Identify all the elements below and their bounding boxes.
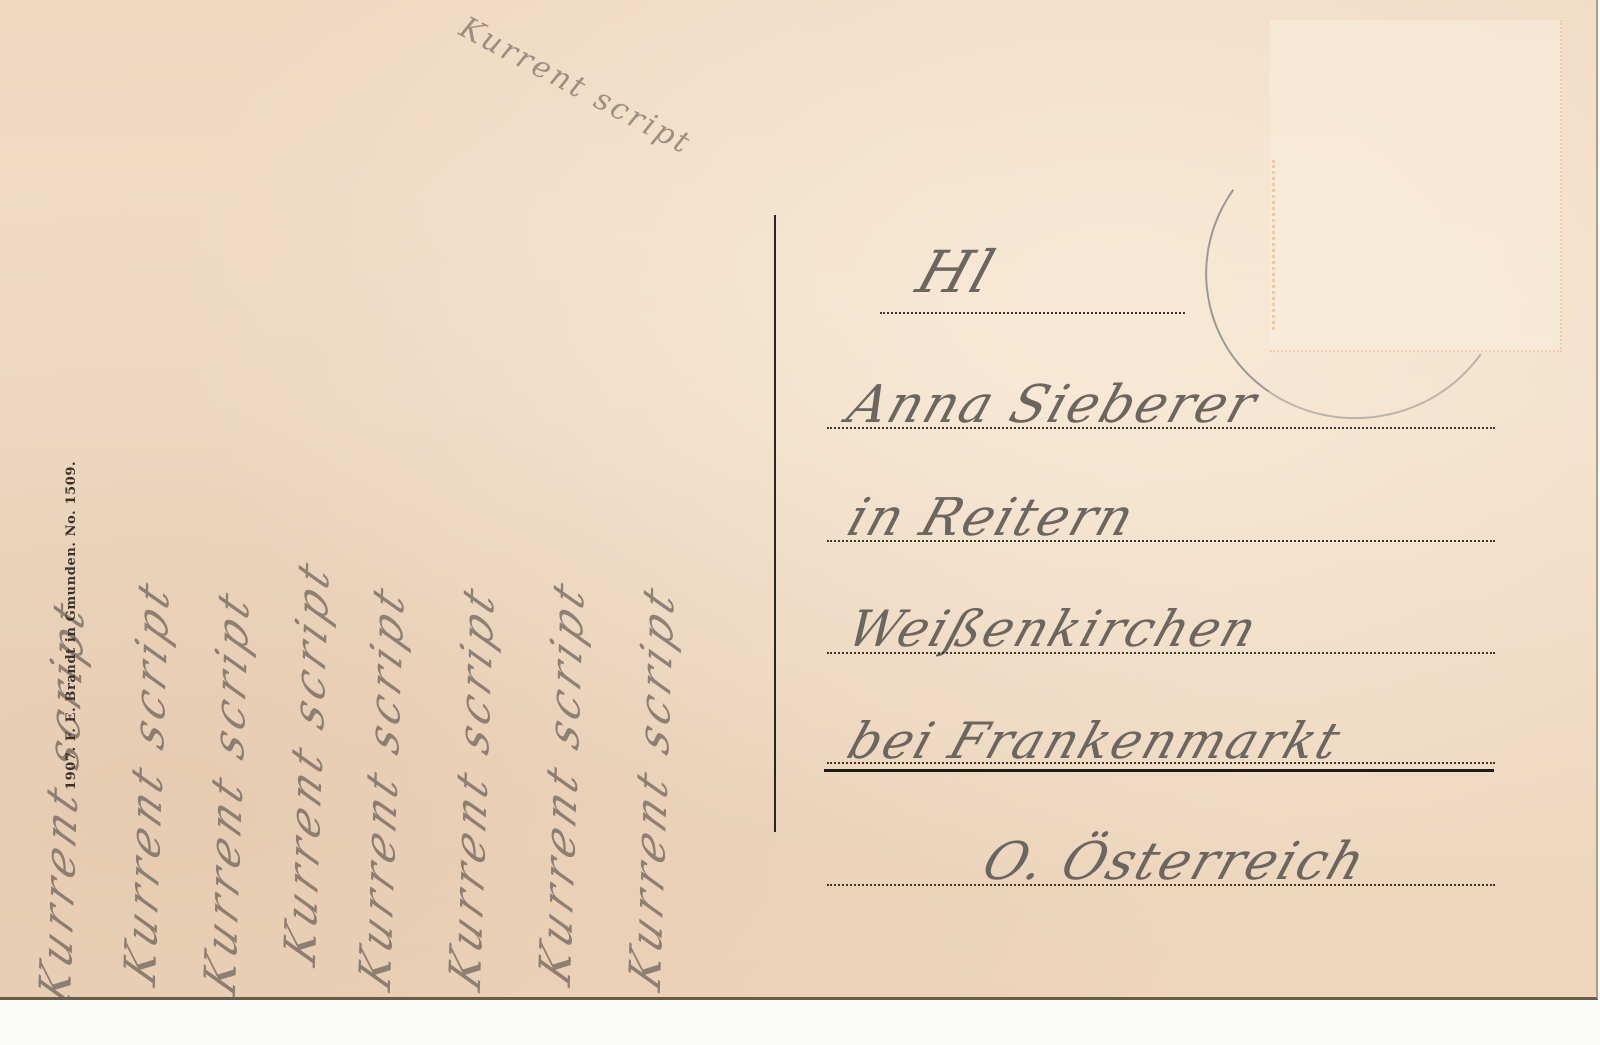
address-line-1: Hl (909, 238, 1004, 306)
address-line-6: O. Österreich (975, 832, 1374, 892)
message-line: Kurrent script (115, 580, 180, 982)
vertical-divider (774, 215, 776, 832)
message-line: Kurrent script (30, 600, 95, 1000)
dotted-rule (827, 652, 1495, 654)
message-line: Kurrent script (350, 585, 415, 987)
message-line: Kurrent script (275, 560, 340, 962)
message-area: Kurrent script Kurrent script Kurrent sc… (0, 0, 770, 1000)
dotted-rule (827, 884, 1495, 886)
top-margin-note: Kurrent script (454, 10, 698, 162)
dotted-rule (827, 762, 1495, 764)
publisher-imprint: 1907. F. E. Brandt in Gmunden. No. 1509. (64, 461, 79, 790)
address-line-4: Weißenkirchen (841, 600, 1266, 658)
dotted-rule (827, 427, 1495, 429)
scan-artifact (180, 1005, 183, 1016)
message-line: Kurrent script (530, 580, 595, 982)
message-line: Kurrent script (620, 585, 685, 987)
dotted-rule (880, 312, 1185, 314)
message-line: Kurrent script (440, 585, 505, 987)
address-line-3: in Reitern (840, 488, 1143, 548)
address-line-2: Anna Sieberer (840, 375, 1265, 435)
message-line: Kurrent script (195, 590, 260, 992)
solid-rule (824, 769, 1494, 772)
dotted-rule (827, 540, 1495, 542)
postcard: Kurrent script Kurrent script Kurrent sc… (0, 0, 1598, 1000)
